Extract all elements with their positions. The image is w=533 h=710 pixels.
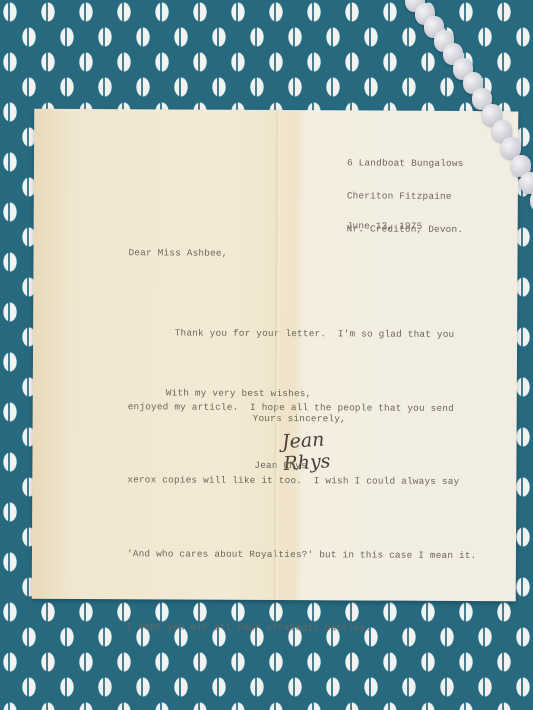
letter-paper: 6 Landboat Bungalows Cheriton Fitzpaine … — [32, 109, 519, 602]
letter-date: June 13, 1975 — [347, 220, 423, 231]
address-line: 6 Landboat Bungalows — [347, 157, 464, 169]
salutation: Dear Miss Ashbee, — [129, 247, 228, 259]
typed-name: Jean Rhys — [254, 460, 306, 471]
closing-line: With my very best wishes, — [166, 387, 312, 399]
sender-address: 6 Landboat Bungalows Cheriton Fitzpaine … — [347, 135, 464, 257]
body-line: I hope you win all your strategic battle… — [127, 615, 477, 641]
valediction: Yours sincerely, — [253, 413, 346, 424]
address-line: Cheriton Fitzpaine — [347, 190, 464, 202]
body-line: 'And who cares about Royalties?' but in … — [127, 542, 477, 568]
letter-body: Thank you for your letter. I'm so glad t… — [126, 272, 478, 690]
body-line: Thank you for your letter. I'm so glad t… — [128, 321, 478, 347]
